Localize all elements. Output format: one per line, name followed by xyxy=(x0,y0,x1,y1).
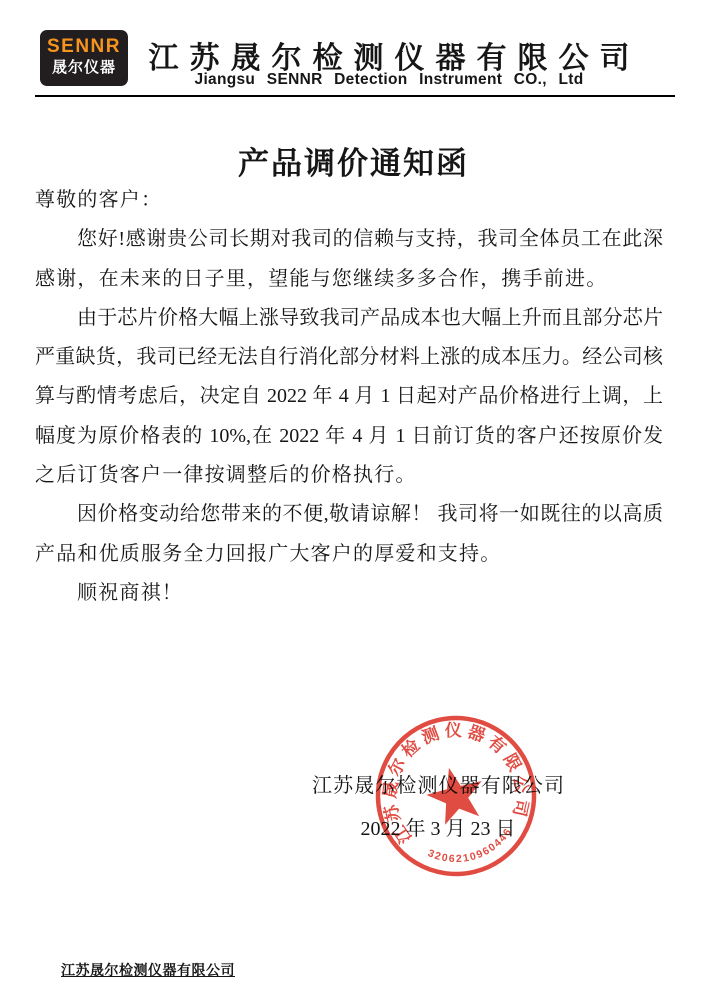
body-line: 幅度为原价格表的 10%,在 2022 年 4 月 1 日前订货的客户还按原价发… xyxy=(35,417,663,456)
company-logo: SENNR 晟尔仪器 xyxy=(40,30,128,86)
body-lines: 您好!感谢贵公司长期对我司的信赖与支持，我司全体员工在此深表感谢，在未来的日子里… xyxy=(35,220,663,613)
page-title: 产品调价通知函 xyxy=(0,138,707,183)
body-line: 顺祝商祺！ xyxy=(35,574,663,613)
seal-star xyxy=(421,761,489,827)
company-name-en: Jiangsu SENNR Detection Instrument CO., … xyxy=(133,71,645,89)
company-seal: 江苏晟尔检测仪器有限公司 3206210960446 xyxy=(344,684,567,907)
body-line: 您好!感谢贵公司长期对我司的信赖与支持，我司全体员工在此深表 xyxy=(35,220,663,259)
letter-body: 尊敬的客户： 您好!感谢贵公司长期对我司的信赖与支持，我司全体员工在此深表感谢，… xyxy=(35,181,663,613)
body-line: 感谢，在未来的日子里，望能与您继续多多合作，携手前进。 xyxy=(35,260,663,299)
body-line: 严重缺货，我司已经无法自行消化部分材料上涨的成本压力。经公司核 xyxy=(35,338,663,377)
logo-brand-text: SENNR xyxy=(40,37,128,57)
body-line: 因价格变动给您带来的不便,敬请谅解！ 我司将一如既往的以高质量 xyxy=(35,495,663,534)
salutation: 尊敬的客户： xyxy=(35,181,663,220)
body-line: 由于芯片价格大幅上涨导致我司产品成本也大幅上升而且部分芯片 xyxy=(35,299,663,338)
seal-serial-number: 3206210960446 xyxy=(423,824,520,874)
body-line: 之后订货客户一律按调整后的价格执行。 xyxy=(35,456,663,495)
letter-page: SENNR 晟尔仪器 江苏晟尔检测仪器有限公司 Jiangsu SENNR De… xyxy=(0,0,707,1008)
body-line: 算与酌情考虑后，决定自 2022 年 4 月 1 日起对产品价格进行上调，上调 xyxy=(35,377,663,416)
logo-sub-text: 晟尔仪器 xyxy=(40,57,128,78)
header-divider xyxy=(35,95,675,97)
footer-company-name: 江苏晟尔检测仪器有限公司 xyxy=(61,960,235,980)
body-line: 产品和优质服务全力回报广大客户的厚爱和支持。 xyxy=(35,535,663,574)
